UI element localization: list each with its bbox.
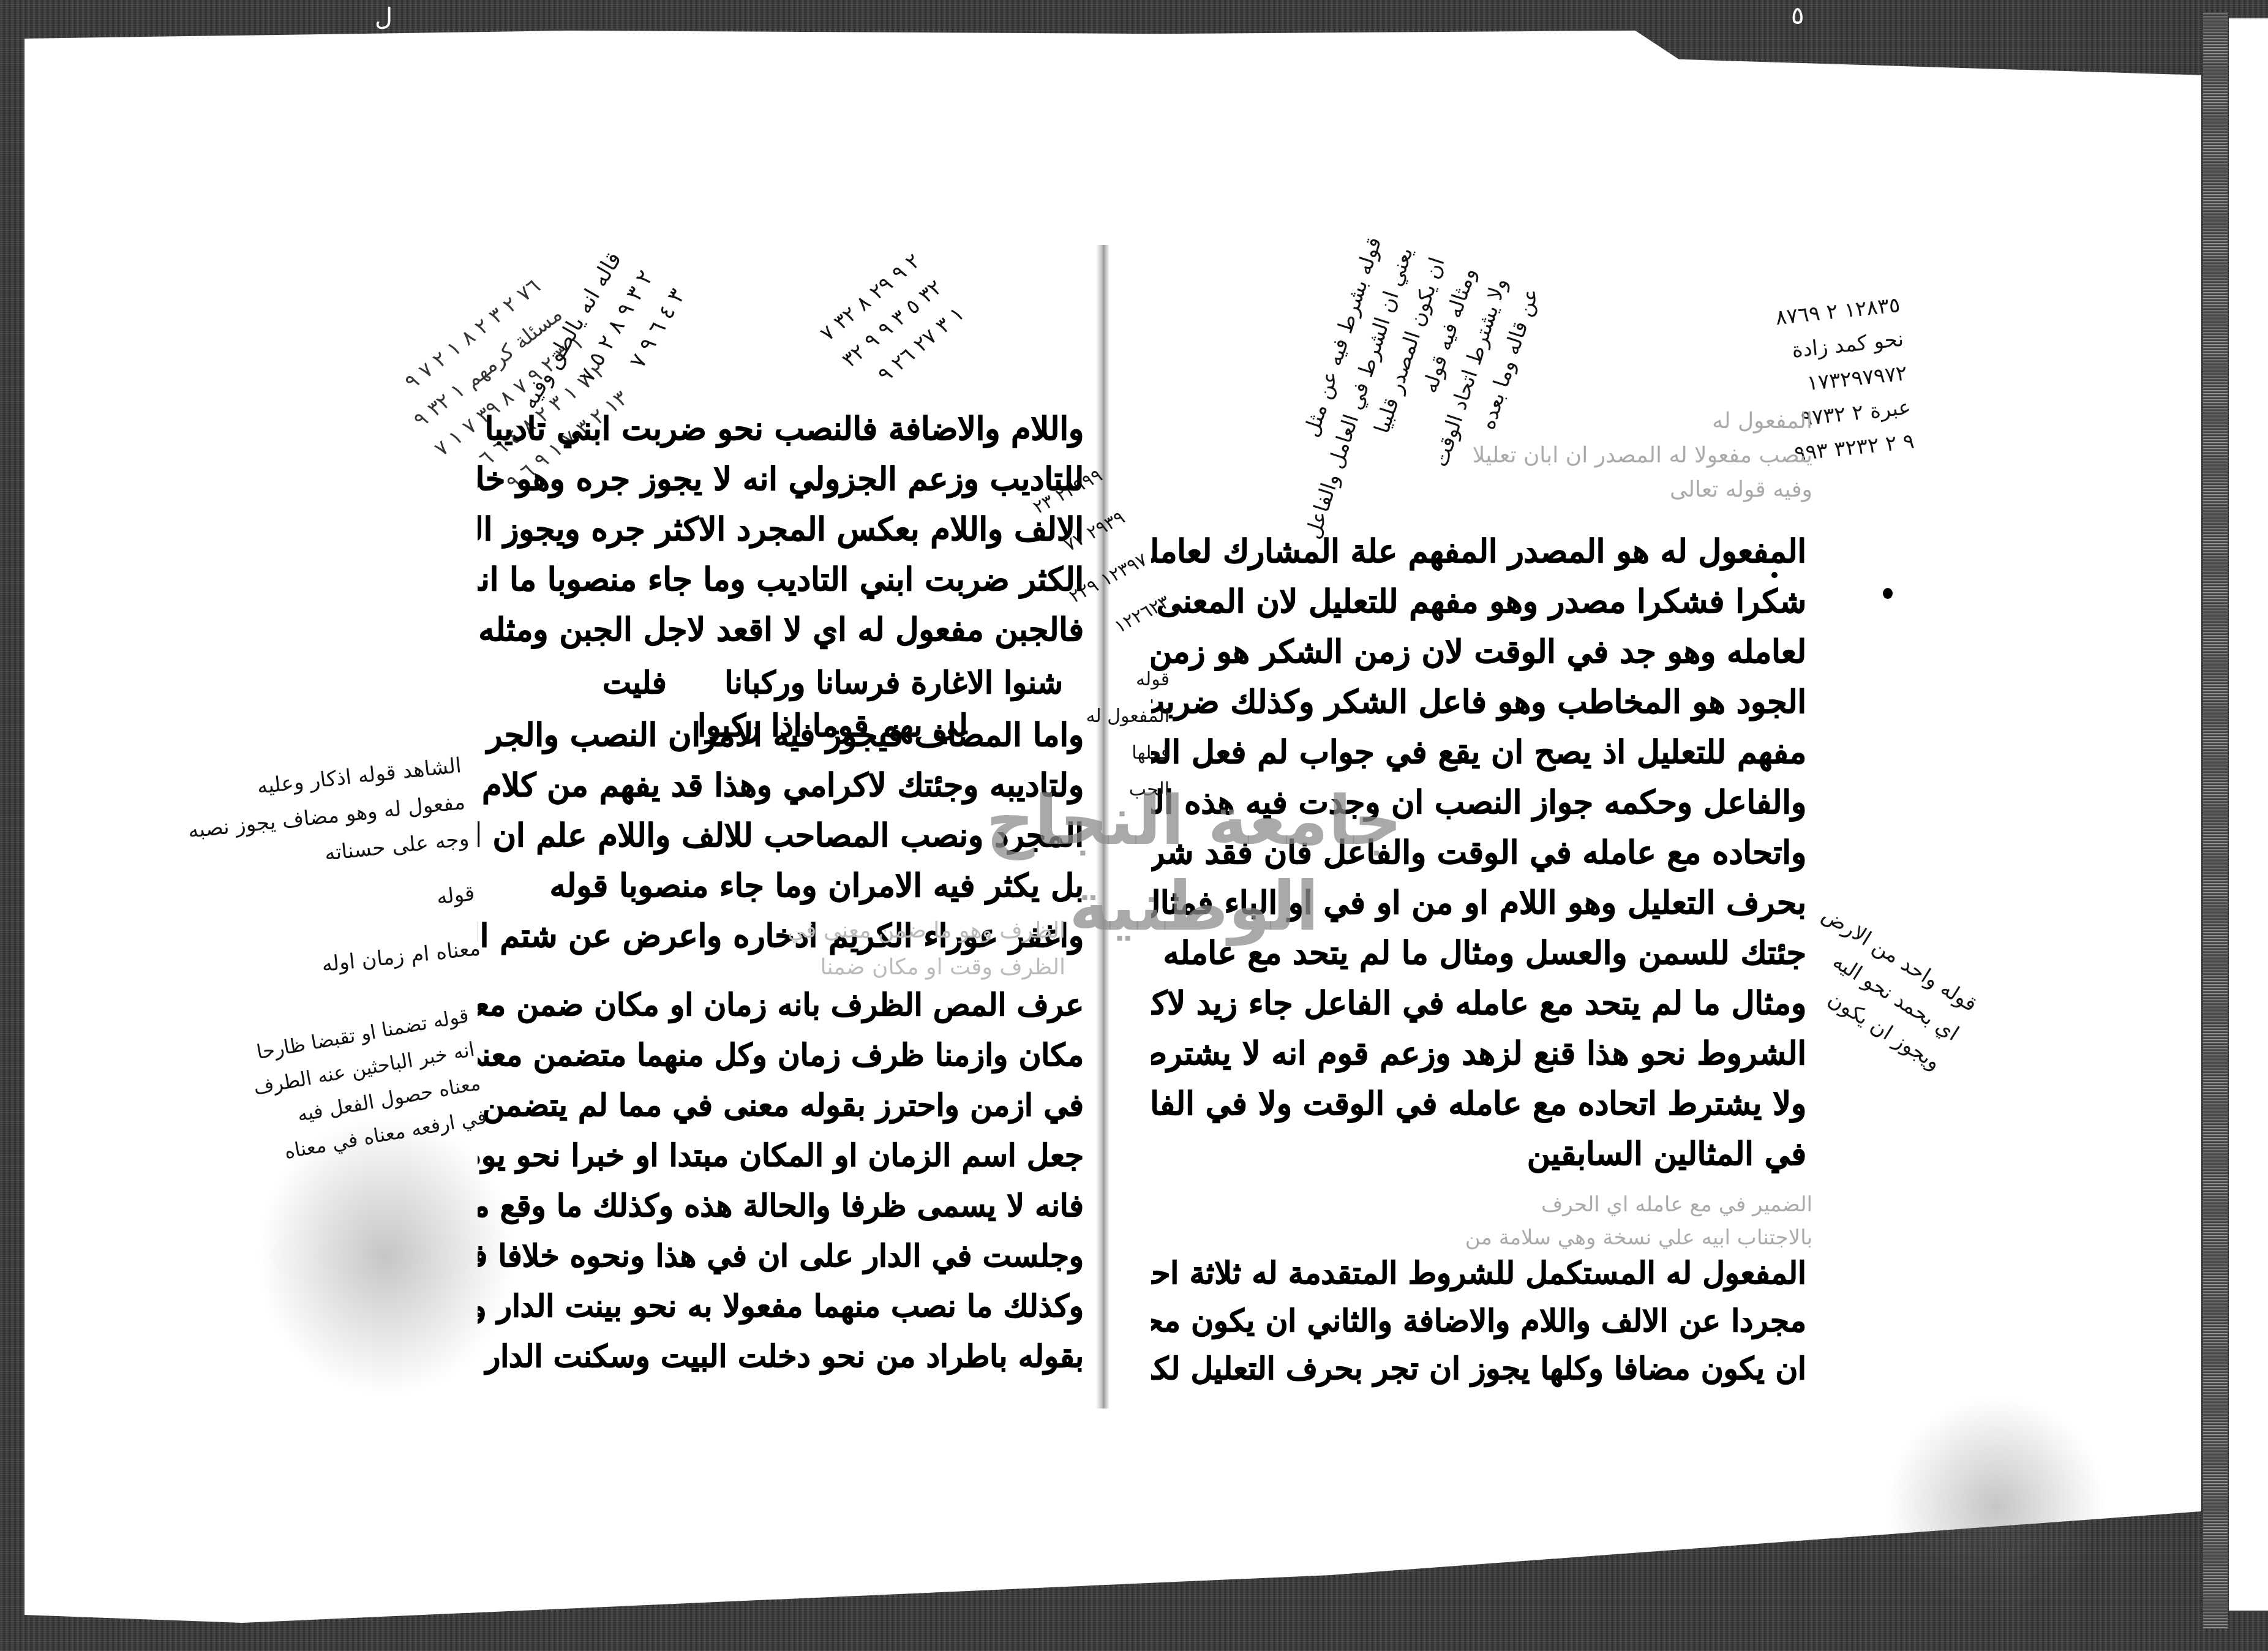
text-line: واللام والاضافة فالنصب نحو ضربت ابني تاد…	[478, 404, 1084, 454]
text-line: ولا يشترط اتحاده مع عامله في الوقت ولا ف…	[1151, 1079, 1806, 1129]
main-text-block: واللام والاضافة فالنصب نحو ضربت ابني تاد…	[478, 404, 1084, 655]
text-line: فانه لا يسمى ظرفا والحالة هذه وكذلك ما و…	[478, 1181, 1084, 1231]
margin-note-bottom-left: الشاهد قوله اذكار وعليه مفعول له وهو مضا…	[258, 747, 483, 988]
text-line: المفعول له هو المصدر المفهم علة المشارك …	[1151, 527, 1806, 577]
margin-note-bottom-left-2: قوله تضمنا او تقبضا ظارحا انه خبر الباحث…	[248, 998, 489, 1171]
main-text-block: المفعول له المستكمل للشروط المتقدمة له ث…	[1151, 1249, 1806, 1393]
main-text-block: المفعول له هو المصدر المفهم علة المشارك …	[1151, 527, 1806, 1179]
main-text-block: عرف المص الظرف بانه زمان او مكان ضمن معن…	[478, 980, 1084, 1382]
text-line: بقوله باطراد من نحو دخلت البيت وسكنت الد…	[478, 1331, 1084, 1382]
text-line: في المثالين السابقين	[1151, 1129, 1806, 1179]
margin-line: المفعول له	[1096, 698, 1170, 735]
text-line: الشروط نحو هذا قنع لزهد وزعم قوم انه لا …	[1151, 1029, 1806, 1079]
text-line: بحرف التعليل وهو اللام او من او في او ال…	[1151, 878, 1806, 928]
text-line: ولتاديبه وجئتك لاكرامي وهذا قد يفهم من ك…	[478, 761, 1084, 811]
top-border-mark: ٥	[1791, 4, 1804, 28]
faded-heading: الظرف وهو ما ضمن معنى في الظرف وقت او مك…	[478, 912, 1065, 986]
text-line: في ازمن واحترز بقوله معنى في مما لم يتضم…	[478, 1080, 1084, 1130]
text-line: الالف واللام بعكس المجرد الاكثر جره ويجو…	[478, 505, 1084, 555]
margin-line: معناه ام زمان اوله	[277, 930, 482, 987]
margin-line: فعلها	[1096, 735, 1170, 772]
right-page: قوله بشرط فيه عن مثل يعني ان الشرط في ال…	[1102, 233, 2106, 1335]
margin-line: قوله	[1096, 661, 1170, 698]
text-line: وجلست في الدار على ان في هذا ونحوه خلافا…	[478, 1231, 1084, 1281]
faded-lines: الضمير في مع عامله اي الحرف بالاجتناب اب…	[1151, 1188, 1812, 1254]
top-border-mark: ل	[375, 5, 392, 29]
margin-line: قوله	[272, 875, 476, 933]
text-line: عرف المص الظرف بانه زمان او مكان ضمن معن…	[478, 980, 1084, 1030]
text-line: جعل اسم الزمان او المكان مبتدا او خبرا ن…	[478, 1130, 1084, 1181]
text-line: واما المضاف فيجوز فيه الامران النصب والج…	[478, 710, 1084, 761]
left-page: ٧٦ ٢ ٣ ٢ ٨ ١ ٢ ٧ ٩ مسئلة كرمهم ١ ٣٢ ٩ ١ …	[208, 245, 1090, 1347]
text-line: الكثر ضربت ابني التاديب وما جاء منصوبا م…	[478, 555, 1084, 605]
text-line: لعامله وهو جد في الوقت لان زمن الشكر هو …	[1151, 627, 1806, 677]
text-line: ينصب مفعولا له المصدر ان ابان تعليلا	[1151, 438, 1812, 473]
right-page-edge	[2203, 12, 2228, 1629]
text-line: مجردا عن الالف واللام والاضافة والثاني ا…	[1151, 1297, 1806, 1345]
text-line: وفيه قوله تعالى	[1151, 473, 1812, 507]
text-line: واتحاده مع عامله في الوقت والفاعل فان فق…	[1151, 828, 1806, 878]
margin-line: الحب	[1096, 772, 1170, 808]
text-line: وكذلك ما نصب منهما مفعولا به نحو بينت ال…	[478, 1281, 1084, 1331]
right-edge-paper-strip	[2229, 18, 2268, 1611]
text-line: ومثال ما لم يتحد مع عامله في الفاعل جاء …	[1151, 979, 1806, 1029]
margin-note-side-left: قوله المفعول له فعلها الحب	[1096, 661, 1170, 808]
text-line: ان يكون مضافا وكلها يجوز ان تجر بحرف الت…	[1151, 1345, 1806, 1393]
text-line: مفهم للتعليل اذ يصح ان يقع في جواب لم فع…	[1151, 728, 1806, 778]
text-line: المفعول له المستكمل للشروط المتقدمة له ث…	[1151, 1249, 1806, 1297]
text-line: والفاعل وحكمه جواز النصب ان وجدت فيه هذه…	[1151, 778, 1806, 828]
text-line: للتاديب وزعم الجزولي انه لا يجوز جره وهو…	[478, 454, 1084, 505]
text-line: فالجبن مفعول له اي لا اقعد لاجل الجبن وم…	[478, 605, 1084, 655]
text-line: شكرا فشكرا مصدر وهو مفهم للتعليل لان الم…	[1151, 577, 1806, 627]
text-line: جئتك للسمن والعسل ومثال ما لم يتحد مع عا…	[1151, 928, 1806, 979]
text-line: الظرف وهو ما ضمن معنى في	[478, 912, 1065, 949]
faded-heading: المفعول له ينصب مفعولا له المصدر ان ابان…	[1151, 404, 1812, 507]
text-line: المفعول له	[1151, 404, 1812, 438]
text-line: مكان وازمنا ظرف زمان وكل منهما متضمن معن…	[478, 1030, 1084, 1080]
text-line: الضمير في مع عامله اي الحرف	[1151, 1188, 1812, 1221]
text-line: الجود هو المخاطب وهو فاعل الشكر وكذلك ضر…	[1151, 677, 1806, 728]
text-line: المجرد ونصب المصاحب للالف واللام علم ان …	[478, 811, 1084, 861]
verse-hemistich: شنوا الاغارة فرسانا وركبانا	[725, 664, 1063, 701]
paper-stain	[1886, 1396, 2106, 1617]
text-line: بل يكثر فيه الامران وما جاء منصوبا قوله	[478, 861, 1084, 911]
